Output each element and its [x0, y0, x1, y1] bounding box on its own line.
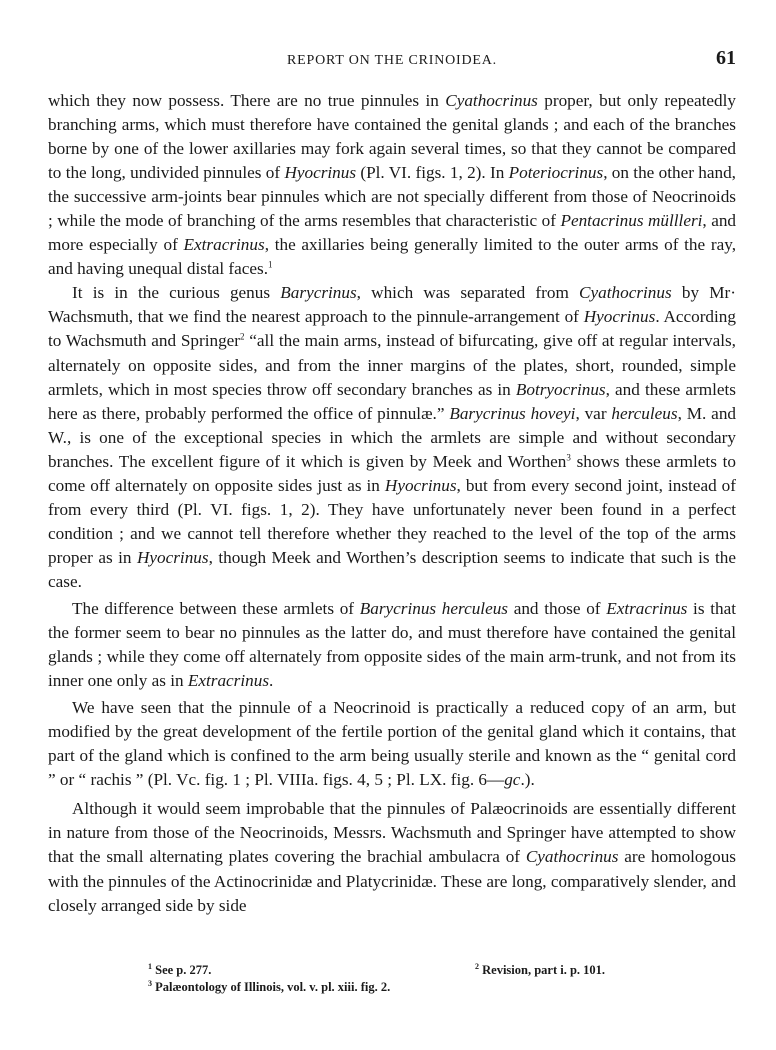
taxon-name: Cyathocrinus [445, 91, 538, 110]
taxon-name: Barycrinus herculeus [360, 599, 508, 618]
taxon-name: Hyocrinus [584, 307, 656, 326]
running-title: REPORT ON THE CRINOIDEA. [48, 53, 736, 69]
taxon-name: Botryocrinus [516, 380, 606, 399]
taxon-name: Extracrinus [606, 599, 687, 618]
footnotes: 1 See p. 277. 2 Revision, part i. p. 101… [148, 962, 668, 996]
taxon-name: Hyocrinus [284, 163, 356, 182]
footnote-3: 3 Palæontology of Illinois, vol. v. pl. … [148, 979, 390, 996]
taxon-name: Pentacrinus müllleri [560, 211, 702, 230]
taxon-name: Extracrinus [188, 671, 269, 690]
footnote-reference: 3 [566, 452, 571, 462]
taxon-name: gc [504, 770, 520, 789]
taxon-name: Poteriocrinus [509, 163, 604, 182]
taxon-name: Hyocrinus [385, 476, 457, 495]
paragraph: which they now possess. There are no tru… [48, 89, 736, 281]
taxon-name: Hyocrinus [137, 548, 209, 567]
paragraph: Although it would seem improbable that t… [48, 797, 736, 917]
paragraph: It is in the curious genus Barycrinus, w… [48, 281, 736, 594]
taxon-name: Cyathocrinus [526, 847, 619, 866]
taxon-name: Extracrinus [184, 235, 265, 254]
taxon-name: Cyathocrinus [579, 283, 672, 302]
running-head: REPORT ON THE CRINOIDEA. 61 [48, 47, 736, 71]
document-page: REPORT ON THE CRINOIDEA. 61 which they n… [0, 0, 776, 1050]
paragraph: The difference between these armlets of … [48, 597, 736, 693]
taxon-name: Barycrinus [280, 283, 356, 302]
body-text: which they now possess. There are no tru… [48, 89, 736, 918]
footnote-reference: 2 [240, 332, 245, 342]
footnote-2: 2 Revision, part i. p. 101. [475, 962, 605, 979]
page-number: 61 [716, 47, 736, 70]
taxon-name: Barycrinus hoveyi [449, 404, 575, 423]
taxon-name: herculeus [611, 404, 677, 423]
footnote-1: 1 See p. 277. [148, 962, 211, 979]
paragraph: We have seen that the pinnule of a Neocr… [48, 696, 736, 792]
footnote-reference: 1 [268, 260, 273, 270]
